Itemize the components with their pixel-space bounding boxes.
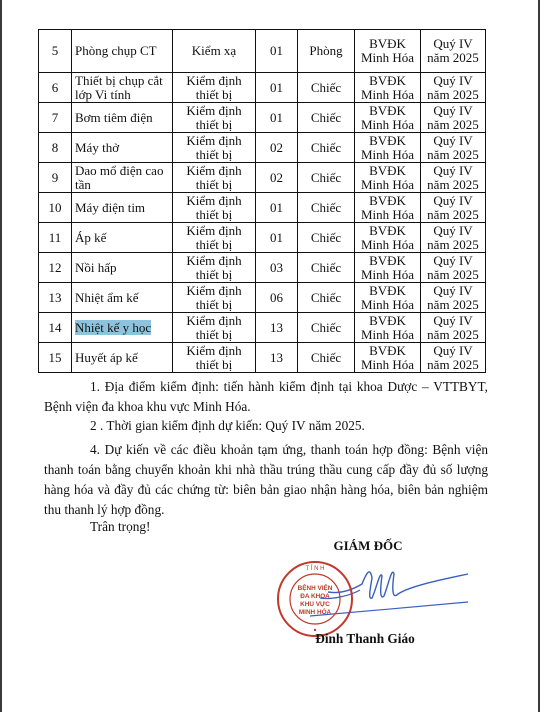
cell-name: Nồi hấp <box>72 253 173 283</box>
cell-unit: Chiếc <box>298 283 355 313</box>
cell-type: Kiểm định thiết bị <box>173 283 256 313</box>
cell-location: BVĐK Minh Hóa <box>355 103 421 133</box>
highlighted-text[interactable]: Nhiệt kế y học <box>75 320 151 335</box>
cell-name: Phòng chụp CT <box>72 30 173 73</box>
table-row: 15Huyết áp kếKiểm định thiết bị13ChiếcBV… <box>39 343 486 373</box>
cell-location: BVĐK Minh Hóa <box>355 253 421 283</box>
table-row: 6Thiết bị chụp cắt lớp Vi tínhKiểm định … <box>39 73 486 103</box>
cell-quantity: 06 <box>256 283 298 313</box>
table-row: 9Dao mổ điện cao tầnKiểm định thiết bị02… <box>39 163 486 193</box>
cell-name: Nhiệt kế y học <box>72 313 173 343</box>
cell-stt: 15 <box>39 343 72 373</box>
cell-quantity: 01 <box>256 30 298 73</box>
svg-text:MINH HÓA: MINH HÓA <box>299 607 332 616</box>
cell-location: BVĐK Minh Hóa <box>355 133 421 163</box>
cell-stt: 8 <box>39 133 72 163</box>
cell-location: BVĐK Minh Hóa <box>355 163 421 193</box>
cell-stt: 7 <box>39 103 72 133</box>
cell-time: Quý IV năm 2025 <box>421 73 486 103</box>
cell-type: Kiểm định thiết bị <box>173 253 256 283</box>
cell-quantity: 01 <box>256 223 298 253</box>
cell-time: Quý IV năm 2025 <box>421 133 486 163</box>
cell-location: BVĐK Minh Hóa <box>355 223 421 253</box>
cell-type: Kiểm định thiết bị <box>173 163 256 193</box>
cell-quantity: 13 <box>256 343 298 373</box>
signer-name: Đinh Thanh Giáo <box>300 631 430 647</box>
cell-stt: 5 <box>39 30 72 73</box>
cell-type: Kiểm định thiết bị <box>173 103 256 133</box>
table-row: 10Máy điện timKiểm định thiết bị01ChiếcB… <box>39 193 486 223</box>
table-row: 14Nhiệt kế y họcKiểm định thiết bị13Chiế… <box>39 313 486 343</box>
cell-type: Kiểm định thiết bị <box>173 223 256 253</box>
cell-quantity: 02 <box>256 133 298 163</box>
cell-location: BVĐK Minh Hóa <box>355 193 421 223</box>
cell-stt: 13 <box>39 283 72 313</box>
cell-stt: 10 <box>39 193 72 223</box>
cell-location: BVĐK Minh Hóa <box>355 343 421 373</box>
cell-unit: Phòng <box>298 30 355 73</box>
table-row: 8Máy thởKiểm định thiết bị02ChiếcBVĐK Mi… <box>39 133 486 163</box>
cell-stt: 9 <box>39 163 72 193</box>
hospital-stamp: T Ỉ N H BỆNH VIỆN ĐA KHOA KHU VỰC MINH H… <box>276 560 354 638</box>
cell-time: Quý IV năm 2025 <box>421 30 486 73</box>
cell-type: Kiểm định thiết bị <box>173 313 256 343</box>
cell-quantity: 03 <box>256 253 298 283</box>
cell-location: BVĐK Minh Hóa <box>355 73 421 103</box>
item-2-time: 2 . Thời gian kiểm định dự kiến: Quý IV … <box>44 416 488 436</box>
cell-type: Kiểm định thiết bị <box>173 73 256 103</box>
cell-name: Thiết bị chụp cắt lớp Vi tính <box>72 73 173 103</box>
svg-text:BỆNH VIỆN: BỆNH VIỆN <box>298 583 333 592</box>
cell-stt: 11 <box>39 223 72 253</box>
cell-quantity: 01 <box>256 73 298 103</box>
svg-text:ĐA KHOA: ĐA KHOA <box>300 593 330 600</box>
cell-time: Quý IV năm 2025 <box>421 103 486 133</box>
cell-time: Quý IV năm 2025 <box>421 313 486 343</box>
cell-location: BVĐK Minh Hóa <box>355 283 421 313</box>
cell-type: Kiểm định thiết bị <box>173 343 256 373</box>
equipment-table: 5Phòng chụp CTKiểm xạ01PhòngBVĐK Minh Hó… <box>38 29 486 373</box>
cell-unit: Chiếc <box>298 223 355 253</box>
greeting: Trân trọng! <box>90 519 150 535</box>
cell-location: BVĐK Minh Hóa <box>355 30 421 73</box>
cell-unit: Chiếc <box>298 253 355 283</box>
cell-name: Áp kế <box>72 223 173 253</box>
table-row: 11Áp kếKiểm định thiết bị01ChiếcBVĐK Min… <box>39 223 486 253</box>
cell-name: Máy thở <box>72 133 173 163</box>
cell-name: Máy điện tim <box>72 193 173 223</box>
cell-unit: Chiếc <box>298 73 355 103</box>
cell-name: Nhiệt ẩm kế <box>72 283 173 313</box>
svg-text:KHU VỰC: KHU VỰC <box>300 601 330 608</box>
cell-time: Quý IV năm 2025 <box>421 163 486 193</box>
cell-time: Quý IV năm 2025 <box>421 343 486 373</box>
cell-name: Dao mổ điện cao tần <box>72 163 173 193</box>
cell-stt: 12 <box>39 253 72 283</box>
cell-quantity: 01 <box>256 193 298 223</box>
page-frame-right <box>538 0 540 712</box>
cell-unit: Chiếc <box>298 343 355 373</box>
cell-time: Quý IV năm 2025 <box>421 193 486 223</box>
cell-stt: 14 <box>39 313 72 343</box>
table-row: 13Nhiệt ẩm kếKiểm định thiết bị06ChiếcBV… <box>39 283 486 313</box>
signature-title: GIÁM ĐỐC <box>314 538 422 554</box>
cell-name: Bơm tiêm điện <box>72 103 173 133</box>
cell-unit: Chiếc <box>298 163 355 193</box>
cell-unit: Chiếc <box>298 133 355 163</box>
cell-name: Huyết áp kế <box>72 343 173 373</box>
cell-location: BVĐK Minh Hóa <box>355 313 421 343</box>
item-1-location: 1. Địa điểm kiểm định: tiến hành kiểm đị… <box>44 377 488 417</box>
cell-unit: Chiếc <box>298 103 355 133</box>
cell-type: Kiểm định thiết bị <box>173 193 256 223</box>
cell-quantity: 01 <box>256 103 298 133</box>
table-row: 7Bơm tiêm điệnKiểm định thiết bị01ChiếcB… <box>39 103 486 133</box>
table-row: 5Phòng chụp CTKiểm xạ01PhòngBVĐK Minh Hó… <box>39 30 486 73</box>
item-4-payment-terms: 4. Dự kiến về các điều khoản tạm ứng, th… <box>44 440 488 520</box>
cell-unit: Chiếc <box>298 193 355 223</box>
cell-type: Kiểm định thiết bị <box>173 133 256 163</box>
table-row: 12Nồi hấpKiểm định thiết bị03ChiếcBVĐK M… <box>39 253 486 283</box>
cell-quantity: 02 <box>256 163 298 193</box>
cell-time: Quý IV năm 2025 <box>421 223 486 253</box>
cell-stt: 6 <box>39 73 72 103</box>
cell-time: Quý IV năm 2025 <box>421 283 486 313</box>
svg-text:T Ỉ N H: T Ỉ N H <box>306 565 325 572</box>
cell-type: Kiểm xạ <box>173 30 256 73</box>
cell-quantity: 13 <box>256 313 298 343</box>
cell-time: Quý IV năm 2025 <box>421 253 486 283</box>
cell-unit: Chiếc <box>298 313 355 343</box>
